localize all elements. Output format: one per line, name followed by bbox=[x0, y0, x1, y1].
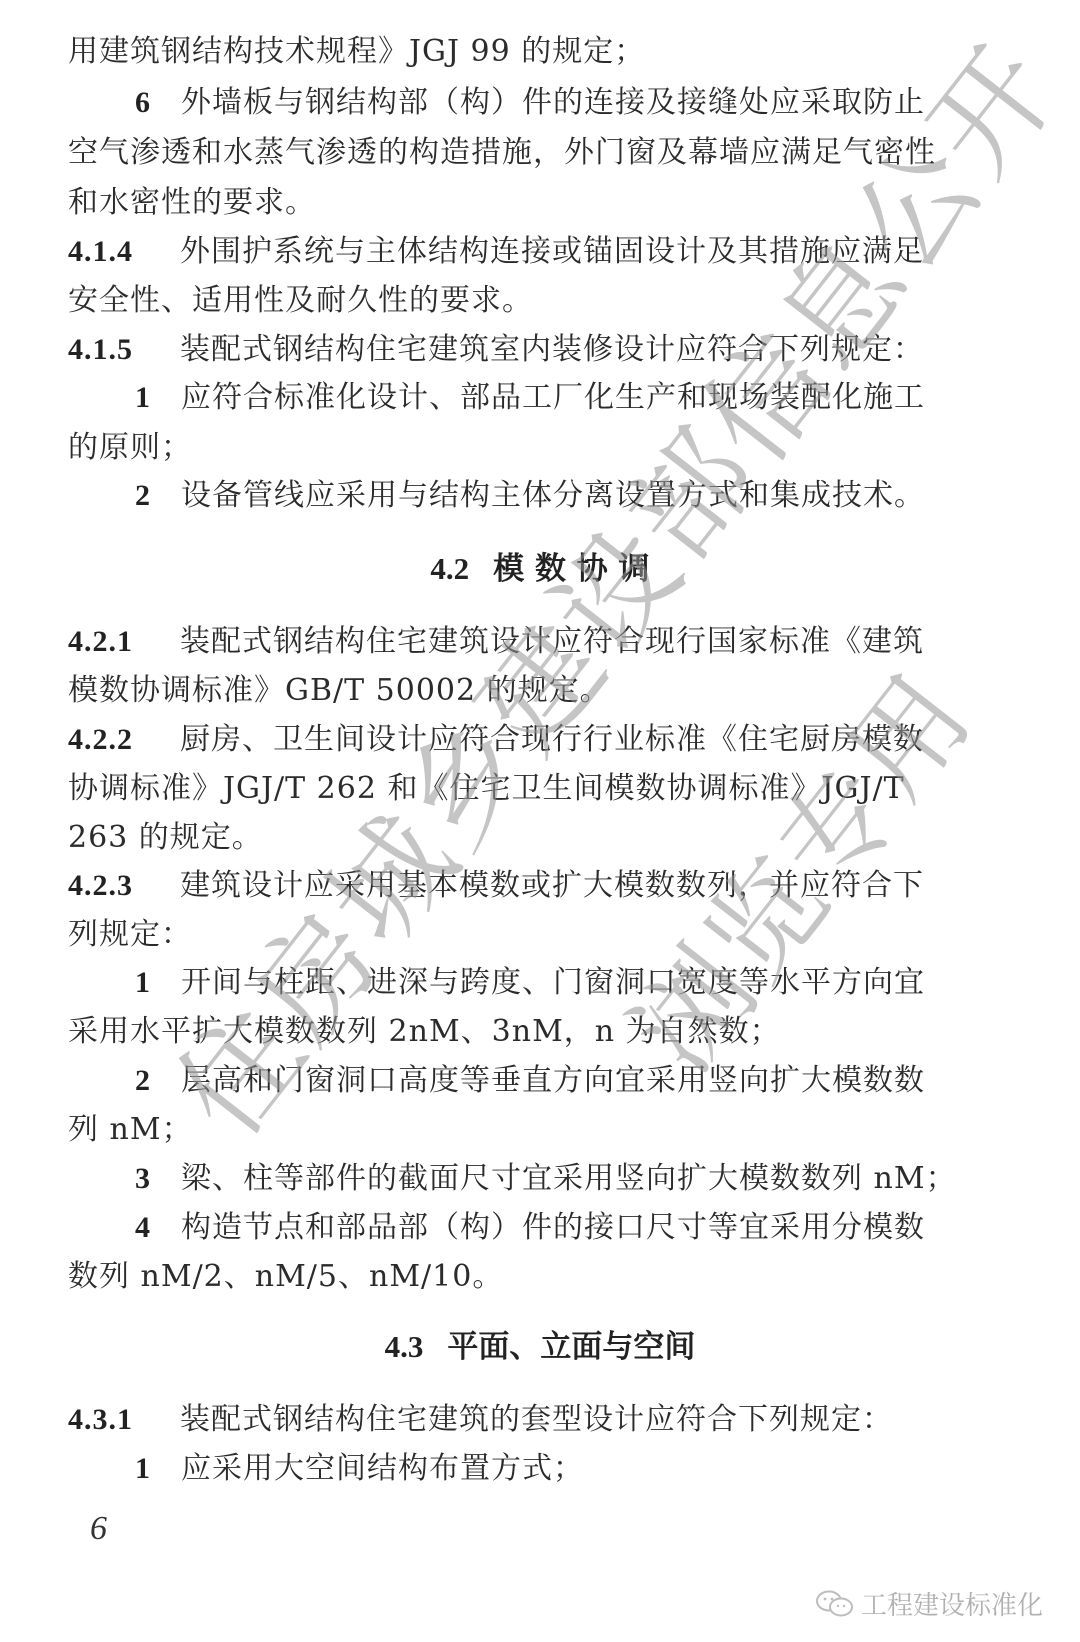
clause-line: 4.3.1装配式钢结构住宅建筑的套型设计应符合下列规定： bbox=[68, 1400, 1028, 1440]
item-number: 6 bbox=[135, 83, 181, 123]
item-number: 1 bbox=[135, 963, 181, 1003]
clause-number: 4.1.5 bbox=[68, 330, 180, 370]
text-line: 安全性、适用性及耐久性的要求。 bbox=[68, 281, 1028, 321]
line-text: 安全性、适用性及耐久性的要求。 bbox=[68, 283, 533, 318]
text-line: 列 nM； bbox=[68, 1110, 1028, 1150]
item-number: 3 bbox=[135, 1159, 181, 1199]
clause-number: 4.3.1 bbox=[68, 1400, 180, 1440]
line-text: 层高和门窗洞口高度等垂直方向宜采用竖向扩大模数数 bbox=[181, 1063, 925, 1098]
wechat-icon bbox=[815, 1589, 855, 1619]
item-number: 1 bbox=[135, 378, 181, 418]
section-heading: 4.2模 数 协 调 bbox=[0, 549, 1080, 589]
clause-number: 4.1.4 bbox=[68, 232, 180, 272]
line-text: 列 nM； bbox=[68, 1112, 193, 1147]
section-heading: 4.3平面、立面与空间 bbox=[0, 1327, 1080, 1367]
text-line: 数列 nM/2、nM/5、nM/10。 bbox=[68, 1257, 1028, 1297]
clause-line: 4.2.1装配式钢结构住宅建筑设计应符合现行国家标准《建筑 bbox=[68, 622, 1028, 662]
item-number: 2 bbox=[135, 1061, 181, 1101]
line-text: 厨房、卫生间设计应符合现行行业标准《住宅厨房模数 bbox=[180, 722, 924, 757]
line-text: 装配式钢结构住宅建筑的套型设计应符合下列规定： bbox=[180, 1402, 893, 1437]
list-item-line: 6外墙板与钢结构部（构）件的连接及接缝处应采取防止 bbox=[135, 83, 1080, 123]
line-text: 设备管线应采用与结构主体分离设置方式和集成技术。 bbox=[181, 478, 925, 513]
section-title: 平面、立面与空间 bbox=[447, 1329, 695, 1365]
line-text: 装配式钢结构住宅建筑设计应符合现行国家标准《建筑 bbox=[180, 624, 924, 659]
text-line: 采用水平扩大模数数列 2nM、3nM，n 为自然数； bbox=[68, 1012, 1028, 1052]
clause-line: 4.2.3建筑设计应采用基本模数或扩大模数数列，并应符合下 bbox=[68, 866, 1028, 906]
line-text: 应采用大空间结构布置方式； bbox=[181, 1451, 584, 1486]
item-number: 4 bbox=[135, 1208, 181, 1248]
line-text: 构造节点和部品部（构）件的接口尺寸等宜采用分模数 bbox=[181, 1210, 925, 1245]
list-item-line: 3梁、柱等部件的截面尺寸宜采用竖向扩大模数数列 nM； bbox=[135, 1159, 1080, 1199]
footer-brand-label: 工程建设标准化 bbox=[861, 1585, 1043, 1622]
line-text: 应符合标准化设计、部品工厂化生产和现场装配化施工 bbox=[181, 380, 925, 415]
list-item-line: 1应符合标准化设计、部品工厂化生产和现场装配化施工 bbox=[135, 378, 1080, 418]
item-number: 1 bbox=[135, 1449, 181, 1489]
line-text: 空气渗透和水蒸气渗透的构造措施，外门窗及幕墙应满足气密性 bbox=[68, 135, 936, 170]
clause-line: 4.2.2厨房、卫生间设计应符合现行行业标准《住宅厨房模数 bbox=[68, 720, 1028, 760]
line-text: 用建筑钢结构技术规程》JGJ 99 的规定； bbox=[68, 34, 645, 69]
text-line: 的原则； bbox=[68, 428, 1028, 468]
item-number: 2 bbox=[135, 476, 181, 516]
text-line: 协调标准》JGJ/T 262 和《住宅卫生间模数协调标准》JGJ/T bbox=[68, 769, 1028, 809]
line-text: 梁、柱等部件的截面尺寸宜采用竖向扩大模数数列 nM； bbox=[181, 1161, 957, 1196]
clause-number: 4.2.2 bbox=[68, 720, 180, 760]
clause-number: 4.2.3 bbox=[68, 866, 180, 906]
line-text: 263 的规定。 bbox=[68, 820, 263, 855]
list-item-line: 2层高和门窗洞口高度等垂直方向宜采用竖向扩大模数数 bbox=[135, 1061, 1080, 1101]
list-item-line: 1应采用大空间结构布置方式； bbox=[135, 1449, 1080, 1489]
text-line: 263 的规定。 bbox=[68, 818, 1028, 858]
line-text: 的原则； bbox=[68, 430, 192, 465]
text-line: 和水密性的要求。 bbox=[68, 183, 1028, 223]
text-line: 模数协调标准》GB/T 50002 的规定。 bbox=[68, 671, 1028, 711]
text-line: 列规定： bbox=[68, 915, 1028, 955]
text-line: 空气渗透和水蒸气渗透的构造措施，外门窗及幕墙应满足气密性 bbox=[68, 133, 1028, 173]
line-text: 外围护系统与主体结构连接或锚固设计及其措施应满足 bbox=[180, 234, 924, 269]
list-item-line: 1开间与柱距、进深与跨度、门窗洞口宽度等水平方向宜 bbox=[135, 963, 1080, 1003]
section-title: 模 数 协 调 bbox=[493, 551, 649, 587]
page-number: 6 bbox=[90, 1510, 107, 1548]
line-text: 建筑设计应采用基本模数或扩大模数数列，并应符合下 bbox=[180, 868, 924, 903]
line-text: 外墙板与钢结构部（构）件的连接及接缝处应采取防止 bbox=[181, 85, 925, 120]
section-number: 4.3 bbox=[385, 1329, 424, 1364]
line-text: 采用水平扩大模数数列 2nM、3nM，n 为自然数； bbox=[68, 1014, 781, 1049]
list-item-line: 2设备管线应采用与结构主体分离设置方式和集成技术。 bbox=[135, 476, 1080, 516]
clause-number: 4.2.1 bbox=[68, 622, 180, 662]
line-text: 数列 nM/2、nM/5、nM/10。 bbox=[68, 1259, 503, 1294]
line-text: 列规定： bbox=[68, 917, 192, 952]
footer-brand: 工程建设标准化 bbox=[815, 1585, 1043, 1622]
document-page: 用建筑钢结构技术规程》JGJ 99 的规定；6外墙板与钢结构部（构）件的连接及接… bbox=[0, 0, 1080, 1642]
list-item-line: 4构造节点和部品部（构）件的接口尺寸等宜采用分模数 bbox=[135, 1208, 1080, 1248]
line-text: 开间与柱距、进深与跨度、门窗洞口宽度等水平方向宜 bbox=[181, 965, 925, 1000]
line-text: 装配式钢结构住宅建筑室内装修设计应符合下列规定： bbox=[180, 332, 924, 367]
text-line: 用建筑钢结构技术规程》JGJ 99 的规定； bbox=[68, 32, 1028, 72]
line-text: 和水密性的要求。 bbox=[68, 185, 316, 220]
clause-line: 4.1.5装配式钢结构住宅建筑室内装修设计应符合下列规定： bbox=[68, 330, 1028, 370]
clause-line: 4.1.4外围护系统与主体结构连接或锚固设计及其措施应满足 bbox=[68, 232, 1028, 272]
section-number: 4.2 bbox=[430, 551, 469, 586]
line-text: 模数协调标准》GB/T 50002 的规定。 bbox=[68, 673, 611, 708]
line-text: 协调标准》JGJ/T 262 和《住宅卫生间模数协调标准》JGJ/T bbox=[68, 771, 905, 806]
